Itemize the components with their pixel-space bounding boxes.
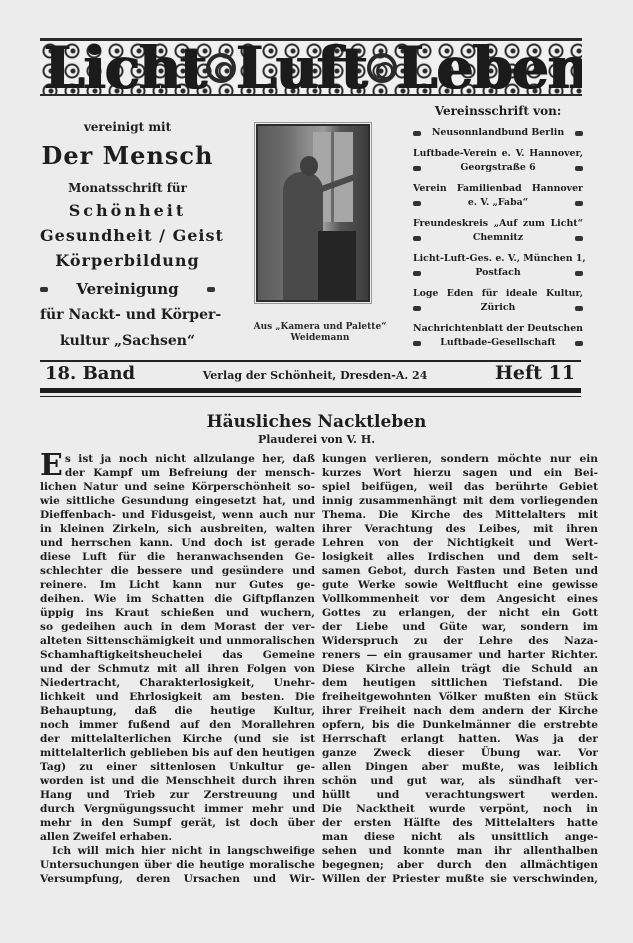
text-line: der ersten Hälfte des Mittelalters hatte xyxy=(322,816,598,830)
text-line: allen Dingen aber mußte, was leiblich xyxy=(322,760,598,774)
text-line: Ich will mich hier nicht in langschweifi… xyxy=(40,844,315,858)
photo-figure-head xyxy=(300,156,318,176)
topic-schoenheit: Schönheit xyxy=(40,198,215,223)
org-address: Luftbade-Gesellschaft xyxy=(421,336,575,350)
text-line: dem heutigen sittlichen Tiefstand. Die xyxy=(322,676,598,690)
text-line: kungen verlieren, sondern möchte nur ein xyxy=(322,452,598,466)
text-line: noch immer fußend auf den Morallehren xyxy=(40,718,315,732)
org-item: Loge Eden für ideale Kultur, Zürich xyxy=(413,287,583,315)
org-address: Postfach xyxy=(421,266,575,280)
text-line: worden ist und die Menschheit durch ihre… xyxy=(40,774,315,788)
volume-number: 18. Band xyxy=(45,363,135,384)
ornament-icon xyxy=(413,236,421,241)
topic-koerperbildung: Körperbildung xyxy=(40,248,215,273)
text-line: mehr in den Sumpf gerät, ist doch über xyxy=(40,816,315,830)
text-line: deihen. Wie im Schatten die Giftpflanzen xyxy=(40,592,315,606)
issue-number: Heft 11 xyxy=(495,362,575,384)
magazine-page: Licht Luft Leben vereinigt mit Der Mensc… xyxy=(0,0,633,943)
ornament-icon xyxy=(575,166,583,171)
text-line: man diese nicht als unsittlich ange- xyxy=(322,830,598,844)
text-line: Lehren von der Nichtigkeit und Wert- xyxy=(322,536,598,550)
text-line: und herrschen kann. Und doch ist gerade xyxy=(40,536,315,550)
journal-name: Der Mensch xyxy=(40,142,215,170)
text-line: ihrer Freiheit nach dem andern der Kirch… xyxy=(322,704,598,718)
text-line: Widerspruch zu der Lehre des Naza- xyxy=(322,634,598,648)
org-line: Georgstraße 6 xyxy=(413,161,583,175)
vereinsschrift-title: Vereinsschrift von: xyxy=(413,104,583,118)
caption-line-2: Weidemann xyxy=(240,333,400,344)
text-line: s ist ja noch nicht allzulange her, daß xyxy=(65,452,315,466)
text-line: sehen und konnte man ihr allenthalben xyxy=(322,844,598,858)
org-item: Verein Familienbad Hannover e. V. „Faba“ xyxy=(413,182,583,210)
text-line: losigkeit alles Irdischen und dem selt- xyxy=(322,550,598,564)
org-name: Neusonnlandbund Berlin xyxy=(421,126,575,140)
right-header: Vereinsschrift von: Neusonnlandbund Berl… xyxy=(413,104,583,357)
text-line: ihrer Verachtung des Leibes, mit ihren xyxy=(322,522,598,536)
article-column-right: kungen verlieren, sondern möchte nur ein… xyxy=(322,452,598,886)
vereinigung-row: Vereinigung xyxy=(40,276,215,302)
text-line: üppig ins Kraut schießen und wuchern, xyxy=(40,606,315,620)
text-line: Thema. Die Kirche des Mittelalters mit xyxy=(322,508,598,522)
org-item: Licht-Luft-Ges. e. V., München 1, Postfa… xyxy=(413,252,583,280)
text-line: der mittelalterlichen Kirche (und sie is… xyxy=(40,732,315,746)
rule-thick xyxy=(40,388,581,393)
text-line: der Kampf um Befreiung der mensch- xyxy=(65,466,315,480)
ornament-icon xyxy=(413,306,421,311)
org-item: Luftbade-Verein e. V. Hannover, Georgstr… xyxy=(413,147,583,175)
org-address: Zürich xyxy=(421,301,575,315)
org-name: Luftbade-Verein e. V. Hannover, xyxy=(413,147,583,161)
swirl-ornament-icon xyxy=(367,53,397,83)
text-line: Diese Kirche allein trägt die Schuld an xyxy=(322,662,598,676)
vereinigung-line-2: kultur „Sachsen“ xyxy=(40,328,215,354)
text-line: diese Luft für die heranwachsenden Ge- xyxy=(40,550,315,564)
text-line: lichkeit und Ehrlosigkeit am besten. Die xyxy=(40,690,315,704)
text-line: samen Gebot, durch Fasten und Beten und xyxy=(322,564,598,578)
text-line: ganze Zweck dieser Übung war. Vor xyxy=(322,746,598,760)
text-line: Niedertracht, Charakterlosigkeit, Unehr- xyxy=(40,676,315,690)
org-line: Postfach xyxy=(413,266,583,280)
ornament-icon xyxy=(575,341,583,346)
org-name: Verein Familienbad Hannover xyxy=(413,182,583,196)
text-line: Willen der Priester mußte sie verschwind… xyxy=(322,872,598,886)
text-line: begegnen; aber durch den allmächtigen xyxy=(322,858,598,872)
text-line: schlechter die bessere und gesündere und xyxy=(40,564,315,578)
text-line: spiel beifügen, weil das berührte Gebiet xyxy=(322,480,598,494)
text-line: in kleinen Zirkeln, sich ausbreiten, wal… xyxy=(40,522,315,536)
org-item: Freundeskreis „Auf zum Licht“ Chemnitz xyxy=(413,217,583,245)
text-line: freiheitgewohnten Völker mußten ein Stüc… xyxy=(322,690,598,704)
ornament-icon xyxy=(413,166,421,171)
ornament-icon xyxy=(575,131,583,136)
org-item: Neusonnlandbund Berlin xyxy=(413,126,583,140)
text-line: opfern, bis die Dunkelmänner die erstreb… xyxy=(322,718,598,732)
text-line: und der Schmutz mit all ihren Folgen von xyxy=(40,662,315,676)
article-title: Häusliches Nacktleben xyxy=(0,412,633,432)
org-name: Licht-Luft-Ges. e. V., München 1, xyxy=(413,252,583,266)
text-line: kurzes Wort hierzu sagen und ein Bei- xyxy=(322,466,598,480)
org-name: Freundeskreis „Auf zum Licht“ xyxy=(413,217,583,231)
text-line: Herrschaft erlangt hatten. Was ja der xyxy=(322,732,598,746)
masthead-word-luft: Luft xyxy=(236,39,367,97)
ornament-icon xyxy=(413,201,421,206)
vereinigung-line-1: für Nackt- und Körper- xyxy=(40,302,215,328)
org-name: Loge Eden für ideale Kultur, xyxy=(413,287,583,301)
ornament-icon xyxy=(413,131,421,136)
text-line: wie sittliche Gesundung eingesetzt hat, … xyxy=(40,494,315,508)
text-line: so gedeihen auch in dem Morast der ver- xyxy=(40,620,315,634)
ornament-icon xyxy=(413,271,421,276)
text-line: reinere. Im Licht kann nur Gutes ge- xyxy=(40,578,315,592)
text-line: mittelalterlich geblieben bis auf den he… xyxy=(40,746,315,760)
cover-photo xyxy=(256,124,370,302)
article-subtitle: Plauderei von V. H. xyxy=(0,433,633,446)
rule-bottom xyxy=(40,396,581,397)
masthead-banner: Licht Luft Leben xyxy=(40,38,582,96)
ornament-icon xyxy=(207,287,215,292)
text-line: schön und gut war, als sündhaft ver- xyxy=(322,774,598,788)
topic-gesundheit-geist: Gesundheit / Geist xyxy=(40,223,215,248)
org-item: Nachrichtenblatt der Deutschen Luftbade-… xyxy=(413,322,583,350)
text-line: Hang und Trieb zur Zerstreuung und xyxy=(40,788,315,802)
text-line: Untersuchungen über die heutige moralisc… xyxy=(40,858,315,872)
imprint-bar: 18. Band Verlag der Schönheit, Dresden-A… xyxy=(45,362,575,384)
text-line: Behauptung, daß die heutige Kultur, xyxy=(40,704,315,718)
ornament-icon xyxy=(575,236,583,241)
vereinigt-label: vereinigt mit xyxy=(40,120,215,134)
vereinigung-label: Vereinigung xyxy=(76,276,178,302)
ornament-icon xyxy=(575,271,583,276)
text-line: Gottes zu erlangen, der nicht ein Gott xyxy=(322,606,598,620)
org-line: Chemnitz xyxy=(413,231,583,245)
org-line: e. V. „Faba“ xyxy=(413,196,583,210)
left-header: vereinigt mit Der Mensch Monatsschrift f… xyxy=(40,120,215,354)
text-line: Schamhaftigkeitsheuchelei das Gemeine xyxy=(40,648,315,662)
org-name: Nachrichtenblatt der Deutschen xyxy=(413,322,583,336)
text-line: Dieffenbach- und Fidusgeist, wenn auch n… xyxy=(40,508,315,522)
text-line: reners — ein grausamer und harter Richte… xyxy=(322,648,598,662)
org-line: Zürich xyxy=(413,301,583,315)
org-line: Neusonnlandbund Berlin xyxy=(413,126,583,140)
text-line: gute Werke sowie Weltflucht eine gewisse xyxy=(322,578,598,592)
text-line: der Liebe und Güte war, sondern im xyxy=(322,620,598,634)
text-line: Vollkommenheit vor dem Angesicht eines xyxy=(322,592,598,606)
text-line: allen Zweifel erhaben. xyxy=(40,830,315,844)
photo-caption: Aus „Kamera und Palette“ Weidemann xyxy=(240,322,400,344)
ornament-icon xyxy=(40,287,48,292)
text-line: hüllt und verachtungswert werden. xyxy=(322,788,598,802)
text-line: lichen Natur und seine Körperschönheit s… xyxy=(40,480,315,494)
ornament-icon xyxy=(575,201,583,206)
drop-cap: E xyxy=(40,452,63,480)
text-line: innig zusammenhängt mit dem vorliegenden xyxy=(322,494,598,508)
text-line: Tag) zu einer sittenlosen Unkultur ge- xyxy=(40,760,315,774)
swirl-ornament-icon xyxy=(206,53,236,83)
ornament-icon xyxy=(413,341,421,346)
article-column-left: E s ist ja noch nicht allzulange her, da… xyxy=(40,452,315,886)
photo-shadow xyxy=(318,231,356,302)
text-line: Versumpfung, deren Ursachen und Wir- xyxy=(40,872,315,886)
org-line: Luftbade-Gesellschaft xyxy=(413,336,583,350)
text-line: alteten Sittenschämigkeit und unmoralisc… xyxy=(40,634,315,648)
caption-line-1: Aus „Kamera und Palette“ xyxy=(240,322,400,333)
masthead-word-licht: Licht xyxy=(44,39,206,97)
org-address: Georgstraße 6 xyxy=(421,161,575,175)
masthead-word-leben: Leben xyxy=(397,39,582,97)
publisher: Verlag der Schönheit, Dresden-A. 24 xyxy=(203,369,428,382)
text-line: Die Nacktheit wurde verpönt, noch in xyxy=(322,802,598,816)
org-address: e. V. „Faba“ xyxy=(421,196,575,210)
org-address: Chemnitz xyxy=(421,231,575,245)
monatsschrift-label: Monatsschrift für xyxy=(40,180,215,196)
ornament-icon xyxy=(575,306,583,311)
text-line: durch Vergnügungssucht immer mehr und xyxy=(40,802,315,816)
